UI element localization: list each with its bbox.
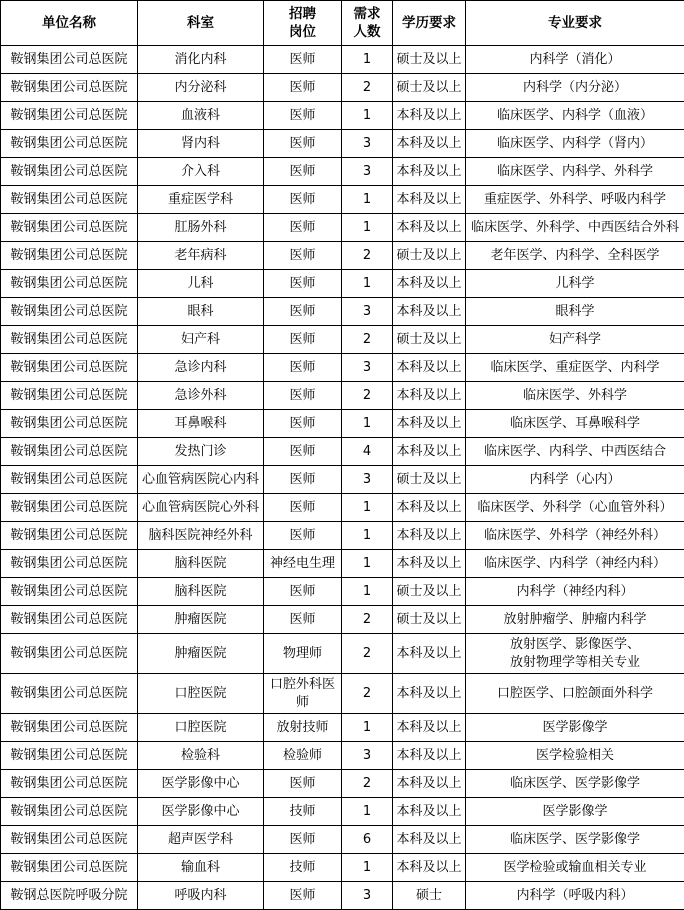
headcount-cell: 1 — [342, 854, 393, 882]
headcount-cell: 2 — [342, 674, 393, 714]
unit-name-cell: 鞍钢集团公司总医院 — [1, 854, 138, 882]
unit-name-cell: 鞍钢集团公司总医院 — [1, 522, 138, 550]
department-cell: 口腔医院 — [138, 674, 264, 714]
table-row: 鞍钢集团公司总医院老年病科医师2硕士及以上老年医学、内科学、全科医学 — [1, 242, 684, 270]
table-row: 鞍钢集团公司总医院输血科技师1本科及以上医学检验或输血相关专业 — [1, 854, 684, 882]
headcount-cell: 3 — [342, 158, 393, 186]
headcount-cell: 1 — [342, 270, 393, 298]
unit-name-cell: 鞍钢总医院呼吸分院 — [1, 882, 138, 910]
unit-name-cell: 鞍钢集团公司总医院 — [1, 798, 138, 826]
unit-name-cell: 鞍钢集团公司总医院 — [1, 634, 138, 674]
unit-name-cell: 鞍钢集团公司总医院 — [1, 214, 138, 242]
major-cell: 临床医学、重症医学、内科学 — [466, 354, 684, 382]
major-cell: 重症医学、外科学、呼吸内科学 — [466, 186, 684, 214]
position-cell: 技师 — [264, 798, 342, 826]
department-cell: 输血科 — [138, 854, 264, 882]
table-row: 鞍钢集团公司总医院肛肠外科医师1本科及以上临床医学、外科学、中西医结合外科 — [1, 214, 684, 242]
unit-name-cell: 鞍钢集团公司总医院 — [1, 466, 138, 494]
headcount-cell: 1 — [342, 522, 393, 550]
recruitment-page: 单位名称科室招聘 岗位需求 人数学历要求专业要求 鞍钢集团公司总医院消化内科医师… — [0, 0, 684, 910]
major-cell: 临床医学、外科学 — [466, 382, 684, 410]
headcount-cell: 3 — [342, 742, 393, 770]
major-cell: 临床医学、外科学、中西医结合外科 — [466, 214, 684, 242]
education-cell: 本科及以上 — [393, 186, 466, 214]
major-cell: 内科学（消化） — [466, 46, 684, 74]
major-cell: 儿科学 — [466, 270, 684, 298]
table-row: 鞍钢集团公司总医院脑科医院神经电生理1本科及以上临床医学、内科学（神经内科） — [1, 550, 684, 578]
department-cell: 呼吸内科 — [138, 882, 264, 910]
headcount-cell: 3 — [342, 130, 393, 158]
education-cell: 本科及以上 — [393, 742, 466, 770]
education-cell: 本科及以上 — [393, 102, 466, 130]
position-cell: 物理师 — [264, 634, 342, 674]
unit-name-cell: 鞍钢集团公司总医院 — [1, 354, 138, 382]
headcount-cell: 2 — [342, 326, 393, 354]
table-row: 鞍钢集团公司总医院耳鼻喉科医师1本科及以上临床医学、耳鼻喉科学 — [1, 410, 684, 438]
table-row: 鞍钢集团公司总医院医学影像中心医师2本科及以上临床医学、医学影像学 — [1, 770, 684, 798]
table-body: 鞍钢集团公司总医院消化内科医师1硕士及以上内科学（消化）鞍钢集团公司总医院内分泌… — [1, 46, 684, 910]
table-row: 鞍钢集团公司总医院心血管病医院心内科医师3硕士及以上内科学（心内） — [1, 466, 684, 494]
department-cell: 血液科 — [138, 102, 264, 130]
education-cell: 本科及以上 — [393, 410, 466, 438]
education-cell: 本科及以上 — [393, 854, 466, 882]
major-cell: 眼科学 — [466, 298, 684, 326]
department-cell: 消化内科 — [138, 46, 264, 74]
unit-name-cell: 鞍钢集团公司总医院 — [1, 46, 138, 74]
position-cell: 神经电生理 — [264, 550, 342, 578]
education-cell: 本科及以上 — [393, 214, 466, 242]
major-cell: 医学影像学 — [466, 714, 684, 742]
department-cell: 医学影像中心 — [138, 798, 264, 826]
position-cell: 医师 — [264, 130, 342, 158]
col-header-headcount: 需求 人数 — [342, 1, 393, 46]
table-row: 鞍钢集团公司总医院肿瘤医院医师2硕士及以上放射肿瘤学、肿瘤内科学 — [1, 606, 684, 634]
unit-name-cell: 鞍钢集团公司总医院 — [1, 674, 138, 714]
education-cell: 本科及以上 — [393, 674, 466, 714]
table-row: 鞍钢集团公司总医院口腔医院口腔外科医师2本科及以上口腔医学、口腔颌面外科学 — [1, 674, 684, 714]
table-row: 鞍钢集团公司总医院儿科医师1本科及以上儿科学 — [1, 270, 684, 298]
major-cell: 医学检验相关 — [466, 742, 684, 770]
headcount-cell: 4 — [342, 438, 393, 466]
headcount-cell: 3 — [342, 354, 393, 382]
department-cell: 老年病科 — [138, 242, 264, 270]
unit-name-cell: 鞍钢集团公司总医院 — [1, 494, 138, 522]
department-cell: 眼科 — [138, 298, 264, 326]
education-cell: 本科及以上 — [393, 438, 466, 466]
headcount-cell: 1 — [342, 578, 393, 606]
department-cell: 脑科医院 — [138, 550, 264, 578]
headcount-cell: 2 — [342, 770, 393, 798]
department-cell: 儿科 — [138, 270, 264, 298]
position-cell: 医师 — [264, 522, 342, 550]
headcount-cell: 2 — [342, 242, 393, 270]
headcount-cell: 1 — [342, 494, 393, 522]
unit-name-cell: 鞍钢集团公司总医院 — [1, 186, 138, 214]
position-cell: 医师 — [264, 354, 342, 382]
position-cell: 医师 — [264, 270, 342, 298]
position-cell: 医师 — [264, 214, 342, 242]
education-cell: 硕士及以上 — [393, 326, 466, 354]
department-cell: 急诊内科 — [138, 354, 264, 382]
headcount-cell: 1 — [342, 214, 393, 242]
major-cell: 口腔医学、口腔颌面外科学 — [466, 674, 684, 714]
department-cell: 超声医学科 — [138, 826, 264, 854]
department-cell: 肾内科 — [138, 130, 264, 158]
education-cell: 硕士及以上 — [393, 74, 466, 102]
department-cell: 肛肠外科 — [138, 214, 264, 242]
education-cell: 本科及以上 — [393, 270, 466, 298]
position-cell: 医师 — [264, 298, 342, 326]
unit-name-cell: 鞍钢集团公司总医院 — [1, 298, 138, 326]
col-header-education: 学历要求 — [393, 1, 466, 46]
table-row: 鞍钢集团公司总医院重症医学科医师1本科及以上重症医学、外科学、呼吸内科学 — [1, 186, 684, 214]
position-cell: 医师 — [264, 46, 342, 74]
major-cell: 临床医学、内科学、中西医结合 — [466, 438, 684, 466]
major-cell: 内科学（呼吸内科） — [466, 882, 684, 910]
major-cell: 医学影像学 — [466, 798, 684, 826]
major-cell: 内科学（神经内科） — [466, 578, 684, 606]
education-cell: 本科及以上 — [393, 298, 466, 326]
position-cell: 医师 — [264, 102, 342, 130]
education-cell: 本科及以上 — [393, 522, 466, 550]
headcount-cell: 2 — [342, 74, 393, 102]
department-cell: 重症医学科 — [138, 186, 264, 214]
table-row: 鞍钢集团公司总医院医学影像中心技师1本科及以上医学影像学 — [1, 798, 684, 826]
position-cell: 医师 — [264, 326, 342, 354]
table-row: 鞍钢集团公司总医院发热门诊医师4本科及以上临床医学、内科学、中西医结合 — [1, 438, 684, 466]
major-cell: 临床医学、医学影像学 — [466, 770, 684, 798]
education-cell: 硕士及以上 — [393, 578, 466, 606]
major-cell: 放射医学、影像医学、 放射物理学等相关专业 — [466, 634, 684, 674]
education-cell: 本科及以上 — [393, 130, 466, 158]
table-row: 鞍钢集团公司总医院眼科医师3本科及以上眼科学 — [1, 298, 684, 326]
position-cell: 医师 — [264, 438, 342, 466]
education-cell: 本科及以上 — [393, 382, 466, 410]
major-cell: 内科学（内分泌） — [466, 74, 684, 102]
col-header-department: 科室 — [138, 1, 264, 46]
unit-name-cell: 鞍钢集团公司总医院 — [1, 130, 138, 158]
major-cell: 妇产科学 — [466, 326, 684, 354]
headcount-cell: 1 — [342, 410, 393, 438]
education-cell: 本科及以上 — [393, 770, 466, 798]
position-cell: 医师 — [264, 826, 342, 854]
department-cell: 脑科医院神经外科 — [138, 522, 264, 550]
unit-name-cell: 鞍钢集团公司总医院 — [1, 326, 138, 354]
unit-name-cell: 鞍钢集团公司总医院 — [1, 550, 138, 578]
major-cell: 放射肿瘤学、肿瘤内科学 — [466, 606, 684, 634]
unit-name-cell: 鞍钢集团公司总医院 — [1, 102, 138, 130]
major-cell: 临床医学、医学影像学 — [466, 826, 684, 854]
position-cell: 医师 — [264, 770, 342, 798]
position-cell: 医师 — [264, 382, 342, 410]
unit-name-cell: 鞍钢集团公司总医院 — [1, 714, 138, 742]
unit-name-cell: 鞍钢集团公司总医院 — [1, 438, 138, 466]
unit-name-cell: 鞍钢集团公司总医院 — [1, 242, 138, 270]
education-cell: 本科及以上 — [393, 798, 466, 826]
department-cell: 肿瘤医院 — [138, 606, 264, 634]
headcount-cell: 1 — [342, 798, 393, 826]
major-cell: 临床医学、内科学（神经内科） — [466, 550, 684, 578]
education-cell: 本科及以上 — [393, 714, 466, 742]
position-cell: 医师 — [264, 466, 342, 494]
major-cell: 临床医学、内科学、外科学 — [466, 158, 684, 186]
unit-name-cell: 鞍钢集团公司总医院 — [1, 270, 138, 298]
department-cell: 介入科 — [138, 158, 264, 186]
position-cell: 医师 — [264, 186, 342, 214]
department-cell: 心血管病医院心外科 — [138, 494, 264, 522]
table-row: 鞍钢集团公司总医院急诊内科医师3本科及以上临床医学、重症医学、内科学 — [1, 354, 684, 382]
col-header-major: 专业要求 — [466, 1, 684, 46]
education-cell: 硕士 — [393, 882, 466, 910]
headcount-cell: 2 — [342, 606, 393, 634]
education-cell: 硕士及以上 — [393, 466, 466, 494]
headcount-cell: 3 — [342, 298, 393, 326]
major-cell: 临床医学、外科学（神经外科） — [466, 522, 684, 550]
table-row: 鞍钢集团公司总医院肾内科医师3本科及以上临床医学、内科学（肾内） — [1, 130, 684, 158]
education-cell: 本科及以上 — [393, 354, 466, 382]
col-header-position: 招聘 岗位 — [264, 1, 342, 46]
major-cell: 医学检验或输血相关专业 — [466, 854, 684, 882]
education-cell: 本科及以上 — [393, 634, 466, 674]
headcount-cell: 6 — [342, 826, 393, 854]
position-cell: 口腔外科医师 — [264, 674, 342, 714]
major-cell: 老年医学、内科学、全科医学 — [466, 242, 684, 270]
table-row: 鞍钢总医院呼吸分院呼吸内科医师3硕士内科学（呼吸内科） — [1, 882, 684, 910]
table-row: 鞍钢集团公司总医院脑科医院神经外科医师1本科及以上临床医学、外科学（神经外科） — [1, 522, 684, 550]
unit-name-cell: 鞍钢集团公司总医院 — [1, 826, 138, 854]
header-row: 单位名称科室招聘 岗位需求 人数学历要求专业要求 — [1, 1, 684, 46]
table-row: 鞍钢集团公司总医院血液科医师1本科及以上临床医学、内科学（血液） — [1, 102, 684, 130]
major-cell: 临床医学、内科学（肾内） — [466, 130, 684, 158]
department-cell: 肿瘤医院 — [138, 634, 264, 674]
education-cell: 硕士及以上 — [393, 46, 466, 74]
position-cell: 医师 — [264, 242, 342, 270]
department-cell: 医学影像中心 — [138, 770, 264, 798]
education-cell: 本科及以上 — [393, 826, 466, 854]
position-cell: 放射技师 — [264, 714, 342, 742]
table-row: 鞍钢集团公司总医院检验科检验师3本科及以上医学检验相关 — [1, 742, 684, 770]
position-cell: 技师 — [264, 854, 342, 882]
position-cell: 医师 — [264, 578, 342, 606]
department-cell: 检验科 — [138, 742, 264, 770]
headcount-cell: 3 — [342, 882, 393, 910]
major-cell: 临床医学、内科学（血液） — [466, 102, 684, 130]
headcount-cell: 2 — [342, 382, 393, 410]
table-row: 鞍钢集团公司总医院口腔医院放射技师1本科及以上医学影像学 — [1, 714, 684, 742]
department-cell: 急诊外科 — [138, 382, 264, 410]
table-row: 鞍钢集团公司总医院急诊外科医师2本科及以上临床医学、外科学 — [1, 382, 684, 410]
unit-name-cell: 鞍钢集团公司总医院 — [1, 578, 138, 606]
headcount-cell: 2 — [342, 634, 393, 674]
department-cell: 内分泌科 — [138, 74, 264, 102]
education-cell: 本科及以上 — [393, 550, 466, 578]
education-cell: 硕士及以上 — [393, 242, 466, 270]
headcount-cell: 1 — [342, 550, 393, 578]
recruitment-table: 单位名称科室招聘 岗位需求 人数学历要求专业要求 鞍钢集团公司总医院消化内科医师… — [0, 0, 684, 910]
department-cell: 发热门诊 — [138, 438, 264, 466]
unit-name-cell: 鞍钢集团公司总医院 — [1, 770, 138, 798]
col-header-unit-name: 单位名称 — [1, 1, 138, 46]
position-cell: 医师 — [264, 74, 342, 102]
education-cell: 本科及以上 — [393, 494, 466, 522]
table-row: 鞍钢集团公司总医院脑科医院医师1硕士及以上内科学（神经内科） — [1, 578, 684, 606]
table-row: 鞍钢集团公司总医院肿瘤医院物理师2本科及以上放射医学、影像医学、 放射物理学等相… — [1, 634, 684, 674]
unit-name-cell: 鞍钢集团公司总医院 — [1, 158, 138, 186]
table-row: 鞍钢集团公司总医院超声医学科医师6本科及以上临床医学、医学影像学 — [1, 826, 684, 854]
headcount-cell: 1 — [342, 102, 393, 130]
table-row: 鞍钢集团公司总医院内分泌科医师2硕士及以上内科学（内分泌） — [1, 74, 684, 102]
headcount-cell: 1 — [342, 186, 393, 214]
department-cell: 妇产科 — [138, 326, 264, 354]
unit-name-cell: 鞍钢集团公司总医院 — [1, 410, 138, 438]
headcount-cell: 3 — [342, 466, 393, 494]
unit-name-cell: 鞍钢集团公司总医院 — [1, 74, 138, 102]
position-cell: 医师 — [264, 882, 342, 910]
table-row: 鞍钢集团公司总医院心血管病医院心外科医师1本科及以上临床医学、外科学（心血管外科… — [1, 494, 684, 522]
department-cell: 心血管病医院心内科 — [138, 466, 264, 494]
table-row: 鞍钢集团公司总医院妇产科医师2硕士及以上妇产科学 — [1, 326, 684, 354]
position-cell: 医师 — [264, 158, 342, 186]
table-row: 鞍钢集团公司总医院消化内科医师1硕士及以上内科学（消化） — [1, 46, 684, 74]
headcount-cell: 1 — [342, 46, 393, 74]
education-cell: 硕士及以上 — [393, 606, 466, 634]
position-cell: 检验师 — [264, 742, 342, 770]
unit-name-cell: 鞍钢集团公司总医院 — [1, 606, 138, 634]
table-row: 鞍钢集团公司总医院介入科医师3本科及以上临床医学、内科学、外科学 — [1, 158, 684, 186]
position-cell: 医师 — [264, 410, 342, 438]
unit-name-cell: 鞍钢集团公司总医院 — [1, 382, 138, 410]
position-cell: 医师 — [264, 494, 342, 522]
department-cell: 口腔医院 — [138, 714, 264, 742]
education-cell: 本科及以上 — [393, 158, 466, 186]
major-cell: 临床医学、外科学（心血管外科） — [466, 494, 684, 522]
headcount-cell: 1 — [342, 714, 393, 742]
major-cell: 临床医学、耳鼻喉科学 — [466, 410, 684, 438]
department-cell: 耳鼻喉科 — [138, 410, 264, 438]
position-cell: 医师 — [264, 606, 342, 634]
department-cell: 脑科医院 — [138, 578, 264, 606]
unit-name-cell: 鞍钢集团公司总医院 — [1, 742, 138, 770]
major-cell: 内科学（心内） — [466, 466, 684, 494]
